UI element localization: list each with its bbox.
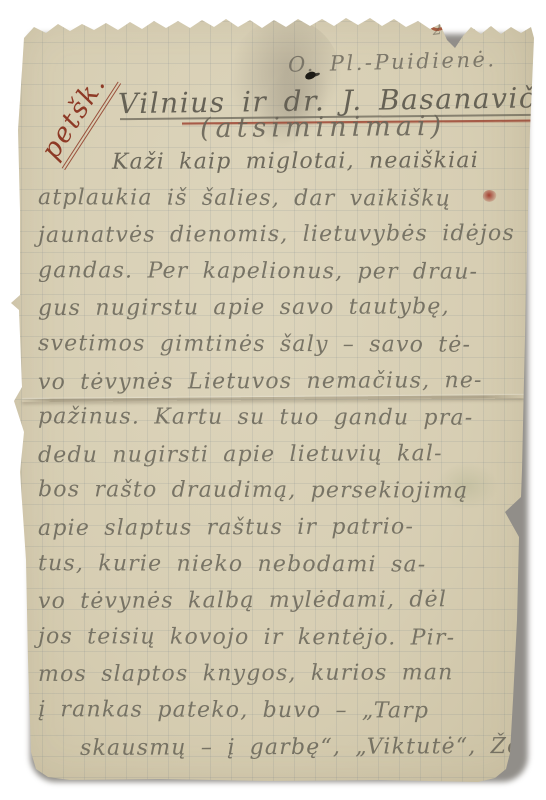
body-line: tus, kurie nieko nebodami sa-	[38, 551, 524, 589]
body-line: gandas. Per kapelionus, per drau-	[38, 258, 524, 296]
body-line: jos teisių kovojo ir kentėjo. Pir-	[38, 624, 524, 662]
manuscript-paper: 2. I. 1928 petšk. O. Pl.-Puidienė. Vilni…	[0, 0, 546, 800]
body-line: mos slaptos knygos, kurios man	[38, 660, 524, 699]
body-line: skausmų – į garbę“, „Viktutė“, Že-	[38, 733, 524, 772]
corner-date: 2. I. 1928	[431, 11, 515, 39]
body-line: jaunatvės dienomis, lietuvybės idėjos	[38, 221, 524, 260]
body-line: Kaži kaip miglotai, neaiškiai	[38, 148, 524, 187]
scanned-manuscript-page: 2. I. 1928 petšk. O. Pl.-Puidienė. Vilni…	[0, 0, 546, 800]
body-line: pažinus. Kartu su tuo gandu pra-	[38, 404, 524, 442]
body-line: bos rašto draudimą, persekiojimą	[38, 477, 524, 515]
body-line: apie slaptus raštus ir patrio-	[38, 514, 524, 553]
manuscript-body: Kaži kaip miglotai, neaiškiai atplaukia …	[38, 149, 524, 771]
body-line: atplaukia iš šalies, dar vaikiškų	[38, 185, 524, 223]
body-line: svetimos gimtinės šaly – savo tė-	[38, 331, 524, 369]
page-subtitle: (atsiminimai)	[200, 111, 446, 144]
author-signature: O. Pl.-Puidienė.	[288, 47, 497, 76]
body-line: vo tėvynės kalbą mylėdami, dėl	[38, 587, 524, 626]
body-line: į rankas pateko, buvo – „Tarp	[38, 697, 524, 735]
body-line: gus nugirstu apie savo tautybę,	[38, 294, 524, 333]
body-line: dedu nugirsti apie lietuvių kal-	[38, 441, 524, 480]
